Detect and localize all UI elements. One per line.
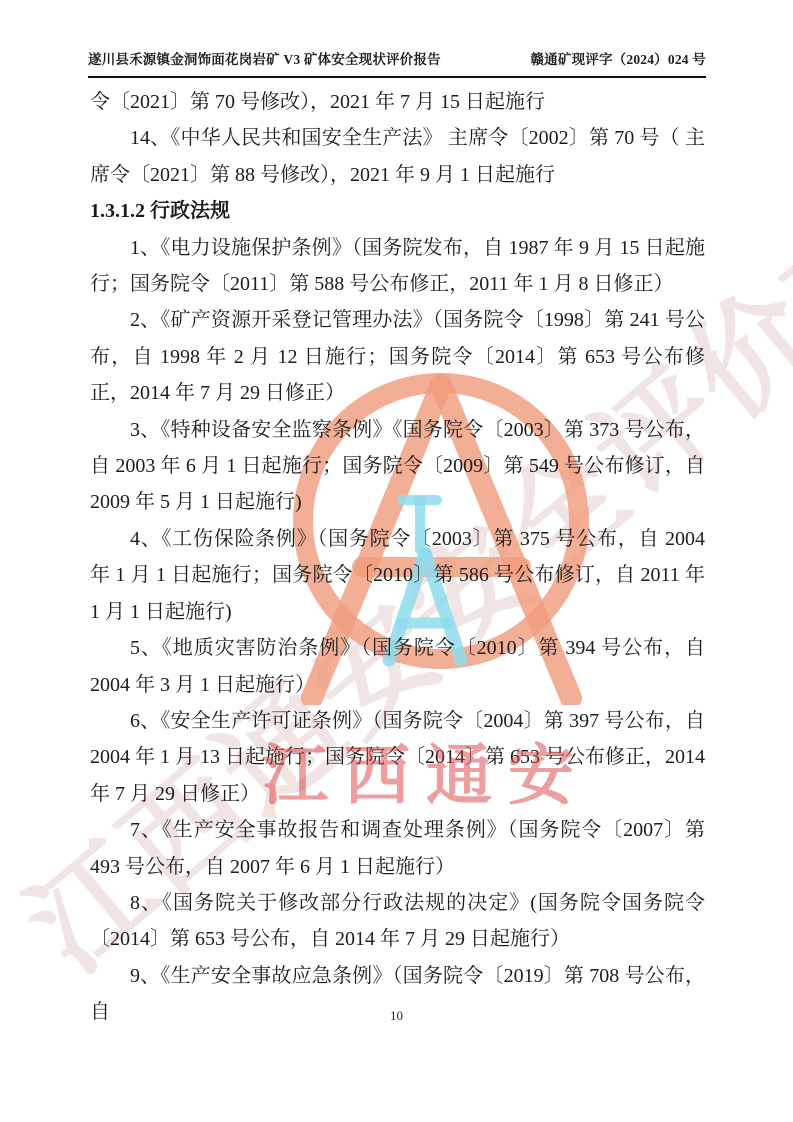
paragraph-continuation: 令〔2021〕第 70 号修改），2021 年 7 月 15 日起施行 <box>90 84 705 120</box>
page-header: 遂川县禾源镇金洞饰面花岗岩矿 V3 矿体安全现状评价报告 赣通矿现评字（2024… <box>88 48 706 78</box>
doc-number: 赣通矿现评字（2024）024 号 <box>530 48 706 68</box>
paragraph-item-5: 5、《地质灾害防治条例》（国务院令〔2010〕第 394 号公布，自 2004 … <box>90 630 705 703</box>
paragraph-item-14: 14、《中华人民共和国安全生产法》 主席令〔2002〕第 70 号（ 主席令〔2… <box>90 120 705 193</box>
section-heading: 1.3.1.2 行政法规 <box>90 193 705 229</box>
page-number: 10 <box>390 1008 403 1023</box>
page-footer: 10 <box>0 1008 793 1024</box>
paragraph-item-4: 4、《工伤保险条例》（国务院令〔2003〕第 375 号公布，自 2004 年 … <box>90 521 705 630</box>
report-title: 遂川县禾源镇金洞饰面花岗岩矿 V3 矿体安全现状评价报告 <box>88 48 441 68</box>
paragraph-item-3: 3、《特种设备安全监察条例》《国务院令〔2003〕第 373 号公布，自 200… <box>90 412 705 521</box>
paragraph-item-7: 7、《生产安全事故报告和调查处理条例》（国务院令〔2007〕第 493 号公布，… <box>90 812 705 885</box>
paragraph-item-1: 1、《电力设施保护条例》（国务院发布，自 1987 年 9 月 15 日起施行；… <box>90 230 705 303</box>
document-body: 令〔2021〕第 70 号修改），2021 年 7 月 15 日起施行 14、《… <box>90 84 705 1031</box>
page: 江西通安安全评价有限公司 遂川县禾源镇金洞饰面花岗岩矿 V3 矿体安全现状评价报… <box>0 0 793 1122</box>
red-watermark-text: 江西通安 <box>262 722 590 817</box>
paragraph-item-8: 8、《国务院关于修改部分行政法规的决定》(国务院令国务院令〔2014〕第 653… <box>90 885 705 958</box>
paragraph-item-2: 2、《矿产资源开采登记管理办法》（国务院令〔1998〕第 241 号公布，自 1… <box>90 302 705 411</box>
